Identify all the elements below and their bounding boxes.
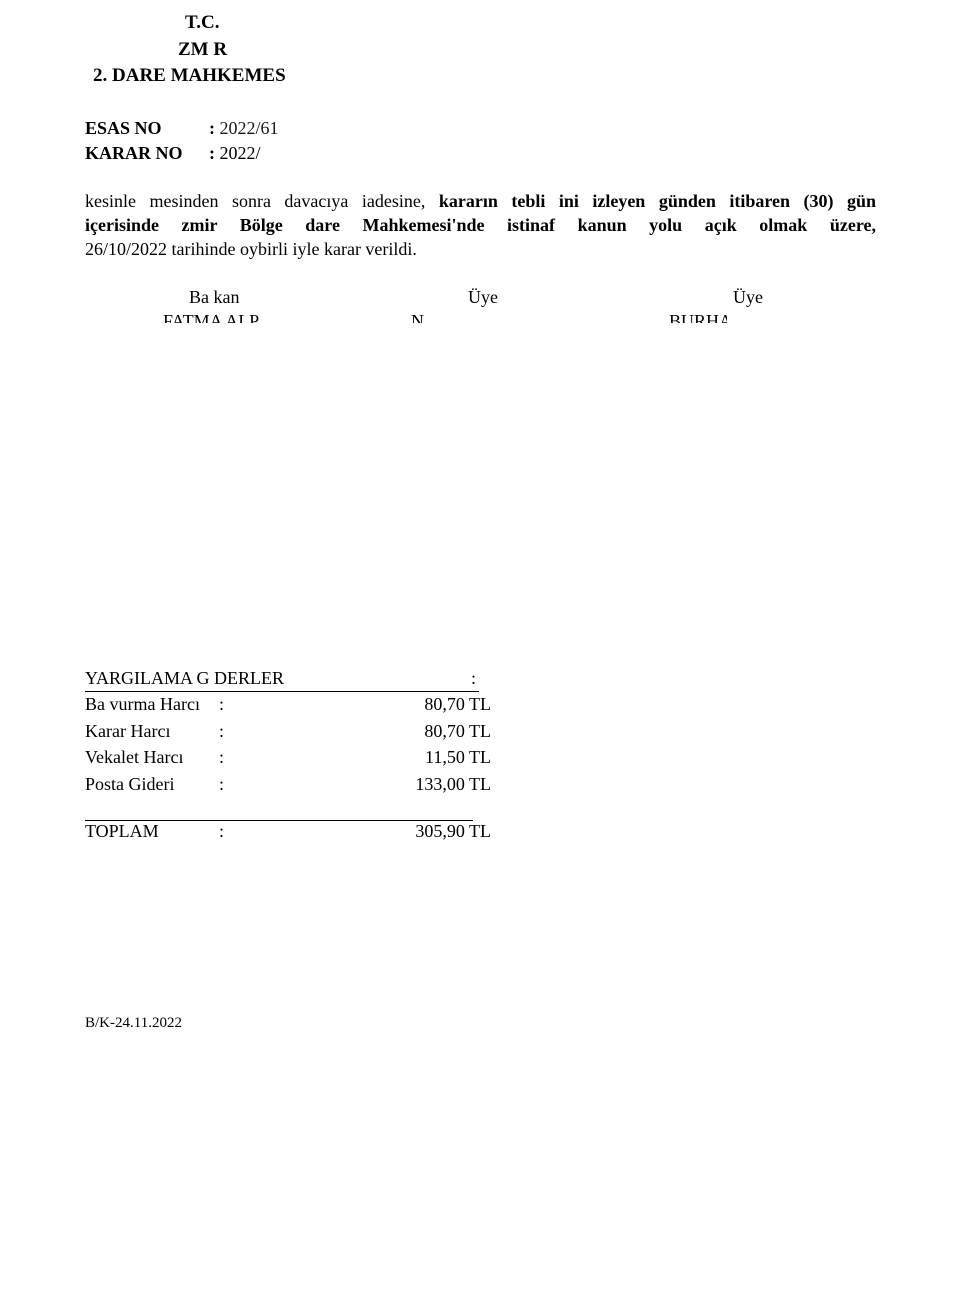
costs-heading-colon: : [471, 668, 476, 689]
cost-row: Vekalet Harcı : 11,50 TL [85, 747, 491, 773]
paragraph-line-2: içerisinde zmir Bölge dare Mahkemesi'nde… [85, 213, 876, 237]
esas-label: ESAS NO [85, 118, 162, 138]
esas-value: : 2022/61 [209, 118, 302, 140]
esas-row: ESAS NO [85, 118, 162, 139]
cost-row: Karar Harcı : 80,70 TL [85, 721, 491, 747]
cost-row: Ba vurma Harcı : 80,70 TL [85, 694, 491, 720]
karar-label: KARAR NO [85, 143, 183, 163]
signature-name-member-1: N [411, 314, 425, 323]
cost-total-row: TOPLAM : 305,90 TL [85, 821, 491, 847]
signature-name-president: FATMA ALP [163, 314, 259, 323]
karar-number: 2022/ [220, 143, 272, 165]
decision-paragraph: kesinle mesinden sonra davacıya iadesine… [85, 189, 876, 261]
signature-name-member-2: BURHAN [669, 314, 727, 323]
cost-row: Posta Gideri : 133,00 TL [85, 774, 491, 800]
header-court: 2. DARE MAHKEMES [93, 65, 286, 87]
esas-sep: : [209, 118, 215, 138]
esas-number: 2022/61 [220, 118, 302, 140]
paragraph-line-3: 26/10/2022 tarihinde oybirli iyle karar … [85, 237, 876, 261]
costs-heading-rule [85, 691, 479, 692]
paragraph-line-1: kesinle mesinden sonra davacıya iadesine… [85, 189, 876, 213]
header-city: ZM R [178, 39, 227, 61]
karar-sep: : [209, 143, 215, 163]
signature-title-member-2: Üye [733, 287, 763, 308]
header-tc: T.C. [185, 12, 219, 34]
signature-title-member-1: Üye [468, 287, 498, 308]
karar-row: KARAR NO [85, 143, 183, 164]
signature-title-president: Ba kan [189, 287, 239, 308]
karar-value: : 2022/ [209, 143, 272, 165]
footer-code: B/K-24.11.2022 [85, 1015, 182, 1032]
costs-heading: YARGILAMA G DERLER [85, 668, 284, 689]
